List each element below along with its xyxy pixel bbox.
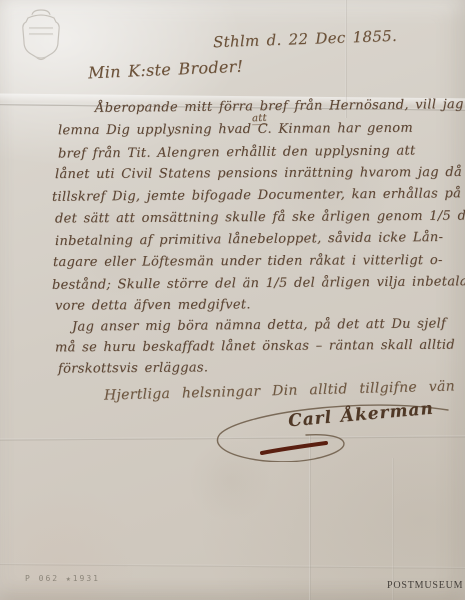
body-line: förskottsvis erläggas. [58,360,208,376]
body-line: inbetalning af primitiva lånebeloppet, s… [55,230,443,249]
body-line: bestånd; Skulle större del än 1/5 del år… [52,274,465,293]
archive-stamp: POSTMUSEUM [387,580,463,591]
fold-crease-bottom [0,563,465,569]
fold-crease-vertical-right [392,458,394,600]
dateline: Sthlm d. 22 Dec 1855. [213,27,398,51]
body-line: lånet uti Civil Statens pensions inrättn… [55,165,462,182]
body-line: bref från Tit. Alengren erhållit den upp… [58,143,416,161]
body-line: tillskref Dig, jemte bifogade Documenter… [52,186,461,205]
letter-page: Sthlm d. 22 Dec 1855. Min K:ste Broder! … [0,0,465,600]
body-line: lemna Dig upplysning hvad C. Kinman har … [58,121,413,138]
body-line: Åberopande mitt förra bref från Hernösan… [95,97,464,116]
catalog-stamp: P 062 ★1931 [25,574,100,583]
embossed-seal-icon [18,8,64,64]
body-line: Jag anser mig böra nämna detta, på det a… [72,316,446,334]
body-line: det sätt att omsättning skulle få ske år… [55,209,465,227]
body-line: tagare eller Löftesmän under tiden råkat… [53,253,443,270]
body-line: må se huru beskaffadt lånet önskas – rän… [55,338,455,356]
body-line: vore detta äfven medgifvet. [55,297,251,313]
inserted-word-above-line: att [252,113,267,126]
salutation: Min K:ste Broder! [88,57,244,83]
